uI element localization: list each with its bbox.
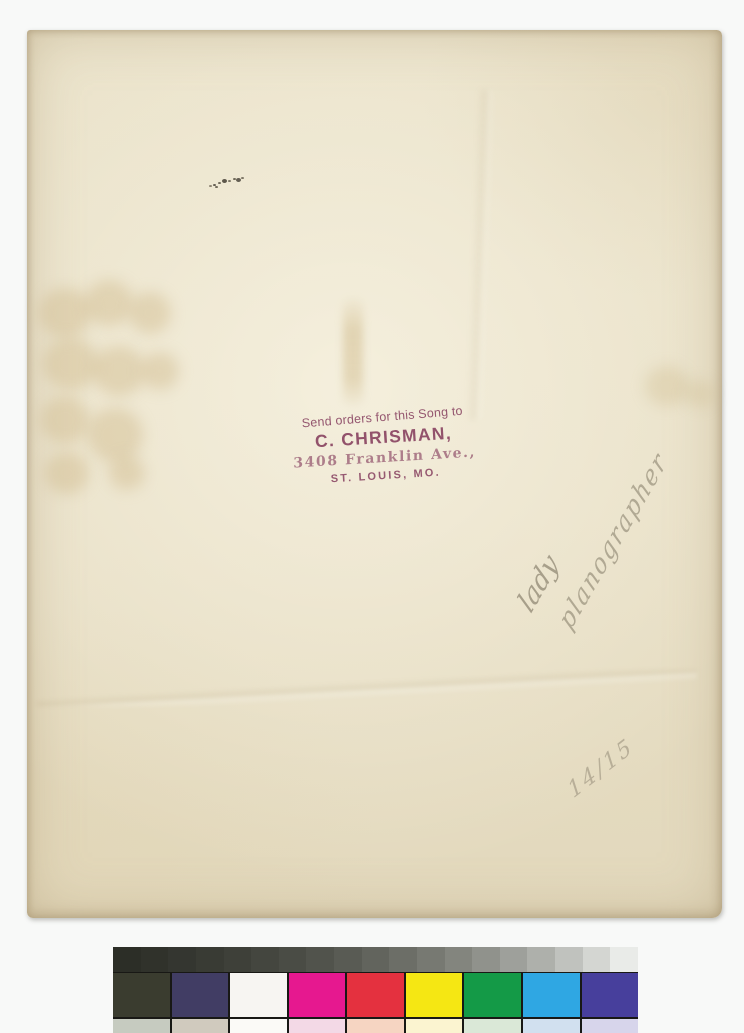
tint-patch-row <box>113 1019 638 1033</box>
color-swatch <box>347 1019 404 1033</box>
color-swatch <box>172 1019 229 1033</box>
color-swatch <box>141 947 169 972</box>
scanned-document: Send orders for this Song to C. CHRISMAN… <box>0 0 744 1033</box>
color-swatch <box>582 1019 639 1033</box>
color-swatch <box>527 947 555 972</box>
color-swatch <box>389 947 417 972</box>
water-stain <box>343 298 363 406</box>
color-swatch <box>347 973 404 1017</box>
color-swatch <box>610 947 638 972</box>
dealer-stamp: Send orders for this Song to C. CHRISMAN… <box>287 404 481 487</box>
color-swatch <box>224 947 252 972</box>
color-patch-row <box>113 973 638 1017</box>
color-swatch <box>230 973 287 1017</box>
color-swatch <box>464 1019 521 1033</box>
color-swatch <box>168 947 196 972</box>
color-swatch <box>251 947 279 972</box>
color-swatch <box>113 947 141 972</box>
ink-smudge <box>213 184 216 186</box>
color-swatch <box>289 973 346 1017</box>
pencil-fraction-mark: 14/15 <box>564 733 638 804</box>
color-swatch <box>196 947 224 972</box>
foxing-stain <box>141 352 179 390</box>
color-swatch <box>500 947 528 972</box>
color-swatch <box>445 947 473 972</box>
foxing-stain <box>109 456 145 490</box>
color-swatch <box>113 973 170 1017</box>
color-swatch <box>172 973 229 1017</box>
color-calibration-bar <box>113 947 638 1033</box>
color-swatch <box>362 947 390 972</box>
color-swatch <box>417 947 445 972</box>
color-swatch <box>406 973 463 1017</box>
color-swatch <box>464 973 521 1017</box>
pencil-annotation: planographer <box>553 445 672 635</box>
grayscale-ramp <box>113 947 638 972</box>
color-swatch <box>279 947 307 972</box>
color-swatch <box>306 947 334 972</box>
foxing-stain <box>43 338 99 390</box>
foxing-stain <box>93 346 145 396</box>
paper-crease <box>37 670 697 706</box>
color-swatch <box>289 1019 346 1033</box>
color-swatch <box>582 973 639 1017</box>
color-swatch <box>523 973 580 1017</box>
foxing-stain <box>39 288 91 338</box>
foxing-stain <box>685 380 715 408</box>
color-swatch <box>583 947 611 972</box>
foxing-stain <box>85 280 133 326</box>
color-swatch <box>334 947 362 972</box>
color-swatch <box>555 947 583 972</box>
color-swatch <box>406 1019 463 1033</box>
foxing-stain <box>645 366 689 406</box>
foxing-stain <box>41 396 89 444</box>
color-swatch <box>472 947 500 972</box>
foxing-stain <box>87 408 143 462</box>
paper-crease <box>467 90 493 420</box>
color-swatch <box>230 1019 287 1033</box>
color-swatch <box>113 1019 170 1033</box>
paper-sheet: Send orders for this Song to C. CHRISMAN… <box>27 30 722 918</box>
foxing-stain <box>129 292 171 334</box>
color-swatch <box>523 1019 580 1033</box>
foxing-stain <box>45 452 89 494</box>
